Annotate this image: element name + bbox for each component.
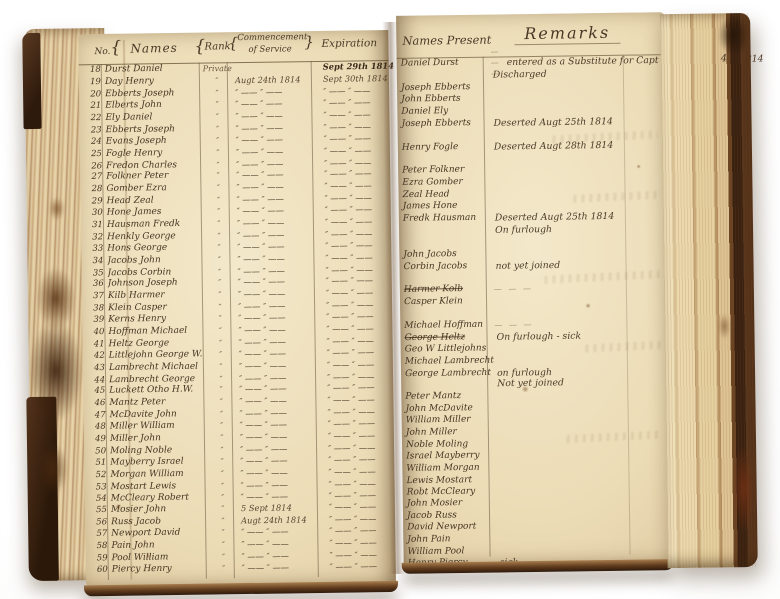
cell-name: Elberts John: [105, 99, 203, 111]
cell-rank: ″: [208, 420, 236, 431]
cell-commencement: ″ —— ″ ——: [234, 288, 322, 300]
stain-mark: [28, 320, 83, 421]
cell-rank: ″: [209, 516, 237, 527]
cell-name-present: Michael Lambrecht: [401, 355, 491, 367]
cell-expiration: ″ —— ″ ——: [326, 561, 377, 573]
cell-rank: ″: [204, 159, 232, 170]
cell-number: 49: [84, 434, 110, 445]
cell-number: 23: [80, 125, 106, 136]
left-page: No. { Names { Rank { Commencement of Ser…: [78, 30, 396, 586]
photo-backdrop: No. { Names { Rank { Commencement of Ser…: [0, 0, 780, 599]
cell-commencement: ″ —— ″ ——: [237, 490, 325, 502]
cell-rank: ″: [204, 135, 232, 146]
brace-glyph: }: [304, 33, 314, 51]
stain-mark: [718, 15, 749, 55]
cell-commencement: 5 Sept 1814: [237, 502, 325, 514]
cell-number: 20: [79, 89, 105, 100]
cell-name: Jacobs John: [107, 254, 205, 266]
cell-name: Folkner Peter: [106, 171, 204, 183]
cell-rank: ″: [206, 290, 234, 301]
cell-number: 39: [82, 315, 108, 326]
ledger-book: No. { Names { Rank { Commencement of Ser…: [20, 7, 762, 591]
cell-name-present: [397, 75, 487, 76]
brace-glyph: {: [110, 38, 121, 58]
cell-name: Luckett Otho H.W.: [109, 385, 207, 397]
left-page-rows: 18Durst DanielPrivateSept 29th 181419Day…: [79, 61, 396, 577]
cell-number: 37: [82, 291, 108, 302]
column-header-rank: Rank: [204, 41, 230, 52]
cell-name-present: David Newport: [403, 521, 493, 533]
cell-commencement: ″ —— ″ ——: [231, 98, 319, 110]
cell-commencement: ″ —— ″ ——: [236, 431, 324, 443]
cell-remark: Deserted Augt 25th 1814: [489, 211, 614, 224]
cell-name: Johnson Joseph: [108, 278, 206, 290]
cell-name-present: William Morgan: [402, 462, 492, 474]
cell-name: Miller John: [110, 433, 208, 445]
cell-name-present: Daniel Durst: [397, 58, 487, 70]
right-page-edges: 4: [660, 13, 758, 568]
column-header-commencement-line1: Commencement: [237, 32, 307, 43]
cell-commencement: ″ —— ″ ——: [235, 360, 323, 372]
cell-rank: ″: [204, 170, 232, 181]
cell-rank: ″: [208, 432, 236, 443]
edge-page-number: 4: [721, 53, 728, 64]
cell-expiration: ″ —— ″ ——: [325, 514, 376, 526]
cell-number: 34: [81, 256, 107, 267]
cell-name: Fogle Henry: [106, 147, 204, 159]
cell-rank: ″: [208, 468, 236, 479]
cell-number: 38: [82, 304, 108, 315]
cell-expiration: ″ —— ″ ——: [324, 430, 375, 442]
cell-number: 52: [84, 470, 110, 481]
cell-expiration: ″ —— ″ ——: [320, 145, 371, 157]
cell-expiration: ″ —— ″ ——: [319, 109, 370, 121]
cell-name-present: John Jacobs: [399, 248, 489, 260]
cell-name-present: [400, 313, 490, 314]
cell-rank: ″: [209, 539, 237, 550]
cell-number: 29: [81, 196, 107, 207]
cell-expiration: ″ —— ″ ——: [322, 288, 373, 300]
cell-number: 43: [83, 363, 109, 374]
cell-remark: Discharged: [487, 69, 547, 81]
cell-rank: ″: [208, 444, 236, 455]
cell-rank: ″: [207, 373, 235, 384]
cell-expiration: ″ —— ″ ——: [321, 240, 372, 252]
cell-number: 35: [82, 268, 108, 279]
cell-name: Gomber Ezra: [106, 183, 204, 195]
cell-number: 27: [80, 172, 106, 183]
cell-name-present: John Ebberts: [397, 93, 487, 105]
cell-rank: ″: [205, 218, 233, 229]
cell-commencement: ″ —— ″ ——: [232, 181, 320, 193]
cell-rank: ″: [204, 147, 232, 158]
cell-name-present: John Miller: [402, 427, 492, 439]
cell-name: Durst Daniel: [105, 64, 203, 76]
cell-expiration: ″ —— ″ ——: [325, 502, 376, 514]
cell-expiration: Sept 29th 1814: [319, 61, 394, 73]
stain-mark: [732, 443, 755, 533]
cell-rank: ″: [205, 230, 233, 241]
cell-name-present: Robt McCleary: [403, 486, 493, 498]
cell-name-present: Fredk Hausman: [399, 213, 489, 225]
cell-commencement: ″ —— ″ ——: [235, 347, 323, 359]
cell-name-present: Peter Mantz: [401, 391, 491, 403]
cell-rank: ″: [210, 551, 238, 562]
cell-rank: ″: [207, 337, 235, 348]
cell-rank: ″: [206, 313, 234, 324]
cell-number: 47: [84, 411, 110, 422]
cell-name: Morgan William: [110, 468, 208, 480]
cover-corner-top-left: [22, 33, 41, 129]
cell-name-present: [398, 159, 488, 160]
cell-commencement: ″ —— ″ ——: [234, 324, 322, 336]
ruled-fill-line: — — —: [490, 283, 533, 295]
cell-commencement: ″ —— ″ ——: [234, 312, 322, 324]
cell-commencement: ″ —— ″ ——: [232, 133, 320, 145]
cell-name-present: Israel Mayberry: [402, 450, 492, 462]
cell-rank: ″: [203, 111, 231, 122]
cell-name-present: John Pain: [403, 534, 493, 546]
stain-mark: [115, 504, 122, 510]
cell-expiration: ″ —— ″ ——: [323, 395, 374, 407]
cell-name-present: Daniel Ely: [397, 106, 487, 118]
cell-number: 36: [82, 279, 108, 290]
cell-rank: ″: [209, 527, 237, 538]
cell-number: 59: [86, 553, 112, 564]
cell-number: 19: [79, 77, 105, 88]
cell-rank: ″: [203, 76, 231, 87]
cell-commencement: [231, 68, 319, 69]
cell-expiration: ″ —— ″ ——: [320, 133, 371, 145]
cell-commencement: ″ —— ″ ——: [232, 169, 320, 181]
stain-mark: [718, 313, 730, 339]
stain-mark: [38, 443, 69, 495]
cell-number: 48: [84, 422, 110, 433]
cell-name: Piercy Henry: [112, 563, 210, 575]
cell-number: 25: [80, 149, 106, 160]
cell-expiration: ″ —— ″ ——: [323, 382, 374, 394]
cell-rank: ″: [203, 99, 231, 110]
cell-rank: ″: [205, 242, 233, 253]
cell-name: Kilb Harmer: [108, 290, 206, 302]
cell-commencement: ″ —— ″ ——: [233, 253, 321, 265]
cell-rank: Private: [203, 63, 231, 74]
cell-number: 57: [85, 529, 111, 540]
cell-name: Hone James: [107, 206, 205, 218]
column-header-names-present: Names Present: [402, 33, 491, 48]
cell-name: Littlejohn George W.: [109, 349, 207, 361]
cell-number: 41: [83, 339, 109, 350]
cell-rank: ″: [206, 302, 234, 313]
column-header-expiration: Expiration: [321, 37, 377, 50]
cell-expiration: ″ —— ″ ——: [322, 275, 373, 287]
cell-name-present: Henry Fogle: [398, 141, 488, 153]
cell-rank: ″: [206, 266, 234, 277]
cell-name-present: Harmer Kolb: [400, 284, 490, 296]
cell-commencement: ″ —— ″ ——: [235, 383, 323, 395]
cell-number: 21: [79, 101, 105, 112]
cell-expiration: ″ —— ″ ——: [320, 168, 371, 180]
column-header-commencement-line2: of Service: [248, 44, 291, 55]
cell-name: Kerns Henry: [108, 313, 206, 325]
cell-number: 42: [83, 350, 109, 361]
cell-name: Hausman Fredk: [107, 219, 205, 231]
cell-rank: ″: [204, 183, 232, 194]
cell-expiration: ″ —— ″ ——: [321, 252, 372, 264]
cell-name: Miller William: [110, 420, 208, 432]
cell-number: 58: [85, 541, 111, 552]
cell-commencement: ″ —— ″ ——: [237, 538, 325, 550]
cell-expiration: ″ —— ″ ——: [324, 466, 375, 478]
cell-rank: ″: [205, 254, 233, 265]
cell-rank: ″: [207, 397, 235, 408]
cell-name: McCleary Robert: [111, 492, 209, 504]
cell-rank: ″: [205, 195, 233, 206]
cell-expiration: ″ —— ″ ——: [323, 347, 374, 359]
cell-number: 18: [79, 65, 105, 76]
right-page: Names Present Remarks Daniel Durst— — —e…: [396, 12, 672, 564]
cell-expiration: ″ —— ″ ——: [323, 371, 374, 383]
cell-rank: ″: [207, 384, 235, 395]
cell-name-present: [399, 230, 489, 231]
cell-name-present: Henry Piercy: [404, 557, 494, 569]
cell-name: Day Henry: [105, 76, 203, 88]
cell-expiration: ″ —— ″ ——: [321, 216, 372, 228]
cell-commencement: ″ —— ″ ——: [233, 205, 321, 217]
cell-name: Evans Joseph: [106, 135, 204, 147]
ledger-row: Henry Piercysick: [404, 554, 672, 570]
cell-number: 56: [85, 518, 111, 529]
cell-name-present: John Mosier: [403, 498, 493, 510]
cell-number: 60: [86, 564, 112, 575]
cell-expiration: ″ —— ″ ——: [319, 97, 370, 109]
cell-name: Ely Daniel: [105, 112, 203, 124]
cell-name-present: Geo W Littlejohns: [401, 343, 491, 355]
cell-number: 53: [85, 482, 111, 493]
cell-commencement: ″ —— ″ ——: [236, 454, 324, 466]
cell-name: Pain John: [111, 540, 209, 552]
cell-rank: ″: [206, 277, 234, 288]
cell-rank: ″: [209, 504, 237, 515]
column-header-no: No.: [94, 47, 110, 57]
column-header-names: Names: [130, 41, 177, 56]
cell-number: 28: [80, 184, 106, 195]
cell-commencement: ″ —— ″ ——: [235, 395, 323, 407]
cell-name-present: [398, 135, 488, 136]
cell-name: Mayberry Israel: [110, 456, 208, 468]
cell-name: Mantz Peter: [109, 397, 207, 409]
cell-commencement: Augt 24th 1814: [231, 74, 319, 86]
cell-expiration: ″ —— ″ ——: [325, 489, 376, 501]
cell-name-present: James Hone: [399, 200, 489, 212]
cell-expiration: ″ —— ″ ——: [325, 537, 376, 549]
cell-name: Lambrecht Michael: [109, 361, 207, 373]
cell-number: 44: [83, 375, 109, 386]
cell-rank: ″: [208, 409, 236, 420]
cell-commencement: ″ —— ″ ——: [233, 217, 321, 229]
cell-commencement: ″ —— ″ ——: [232, 146, 320, 158]
cell-name-present: Peter Folkner: [398, 165, 488, 177]
cell-number: 40: [82, 327, 108, 338]
ruled-fill-line: — — —: [490, 319, 533, 331]
cell-number: 31: [81, 220, 107, 231]
stain-mark: [49, 197, 65, 221]
cell-name-present: Ezra Gomber: [398, 177, 488, 189]
cell-commencement: ″ —— ″ ——: [236, 467, 324, 479]
cell-number: 22: [79, 113, 105, 124]
cell-name-present: Michael Hoffman: [400, 320, 490, 332]
cell-rank: ″: [207, 349, 235, 360]
cell-expiration: Sept 30th 1814: [319, 73, 388, 85]
cell-number: 55: [85, 505, 111, 516]
cell-name-present: [399, 242, 489, 243]
cell-number: 24: [80, 136, 106, 147]
cell-name-present: [400, 277, 490, 278]
cell-rank: ″: [210, 563, 238, 574]
cell-commencement: ″ —— ″ ——: [234, 276, 322, 288]
cell-remark: sick: [494, 557, 519, 568]
cell-name-present: William Miller: [402, 414, 492, 426]
stain-mark: [146, 553, 151, 558]
cell-commencement: ″ —— ″ ——: [238, 561, 326, 573]
cell-commencement: ″ —— ″ ——: [233, 240, 321, 252]
cell-name: Hoffman Michael: [108, 326, 206, 338]
stain-mark: [521, 386, 529, 392]
cell-expiration: ″ —— ″ ——: [324, 454, 375, 466]
stain-mark: [636, 164, 641, 168]
cell-expiration: ″ —— ″ ——: [321, 193, 372, 205]
cell-number: 26: [80, 161, 106, 172]
cell-rank: ″: [203, 88, 231, 99]
stain-mark: [585, 303, 591, 308]
right-page-header: Names Present Remarks: [396, 12, 665, 59]
column-header-remarks: Remarks: [514, 23, 620, 45]
cell-number: 54: [85, 493, 111, 504]
cell-expiration: ″ —— ″ ——: [322, 311, 373, 323]
cell-rank: ″: [206, 325, 234, 336]
cell-number: 33: [81, 243, 107, 254]
cell-name-present: [401, 384, 491, 385]
cell-rank: ″: [205, 206, 233, 217]
cell-expiration: ″ —— ″ ——: [324, 418, 375, 430]
cell-rank: ″: [207, 361, 235, 372]
cell-commencement: ″ —— ″ ——: [236, 419, 324, 431]
cell-expiration: ″ —— ″ ——: [323, 359, 374, 371]
cell-name: Mosier John: [111, 504, 209, 516]
cell-name: Hons George: [107, 242, 205, 254]
cell-number: 46: [83, 398, 109, 409]
cell-commencement: ″ —— ″ ——: [231, 110, 319, 122]
cell-rank: ″: [204, 123, 232, 134]
cell-rank: ″: [209, 491, 237, 502]
cell-expiration: ″ —— ″ ——: [325, 525, 376, 537]
cell-name: Newport David: [111, 527, 209, 539]
cell-number: 45: [83, 386, 109, 397]
cell-expiration: ″ —— ″ ——: [322, 323, 373, 335]
cell-number: 32: [81, 232, 107, 243]
cell-number: 51: [84, 457, 110, 468]
cell-expiration: ″ —— ″ ——: [321, 204, 372, 216]
cell-rank: ″: [209, 480, 237, 491]
cell-rank: ″: [208, 456, 236, 467]
cell-number: 50: [84, 446, 110, 457]
cell-commencement: ″ —— ″ ——: [237, 526, 325, 538]
left-page-header: No. { Names { Rank { Commencement of Ser…: [78, 30, 388, 65]
cell-number: 30: [81, 208, 107, 219]
cell-expiration: ″ —— ″ ——: [320, 181, 371, 193]
